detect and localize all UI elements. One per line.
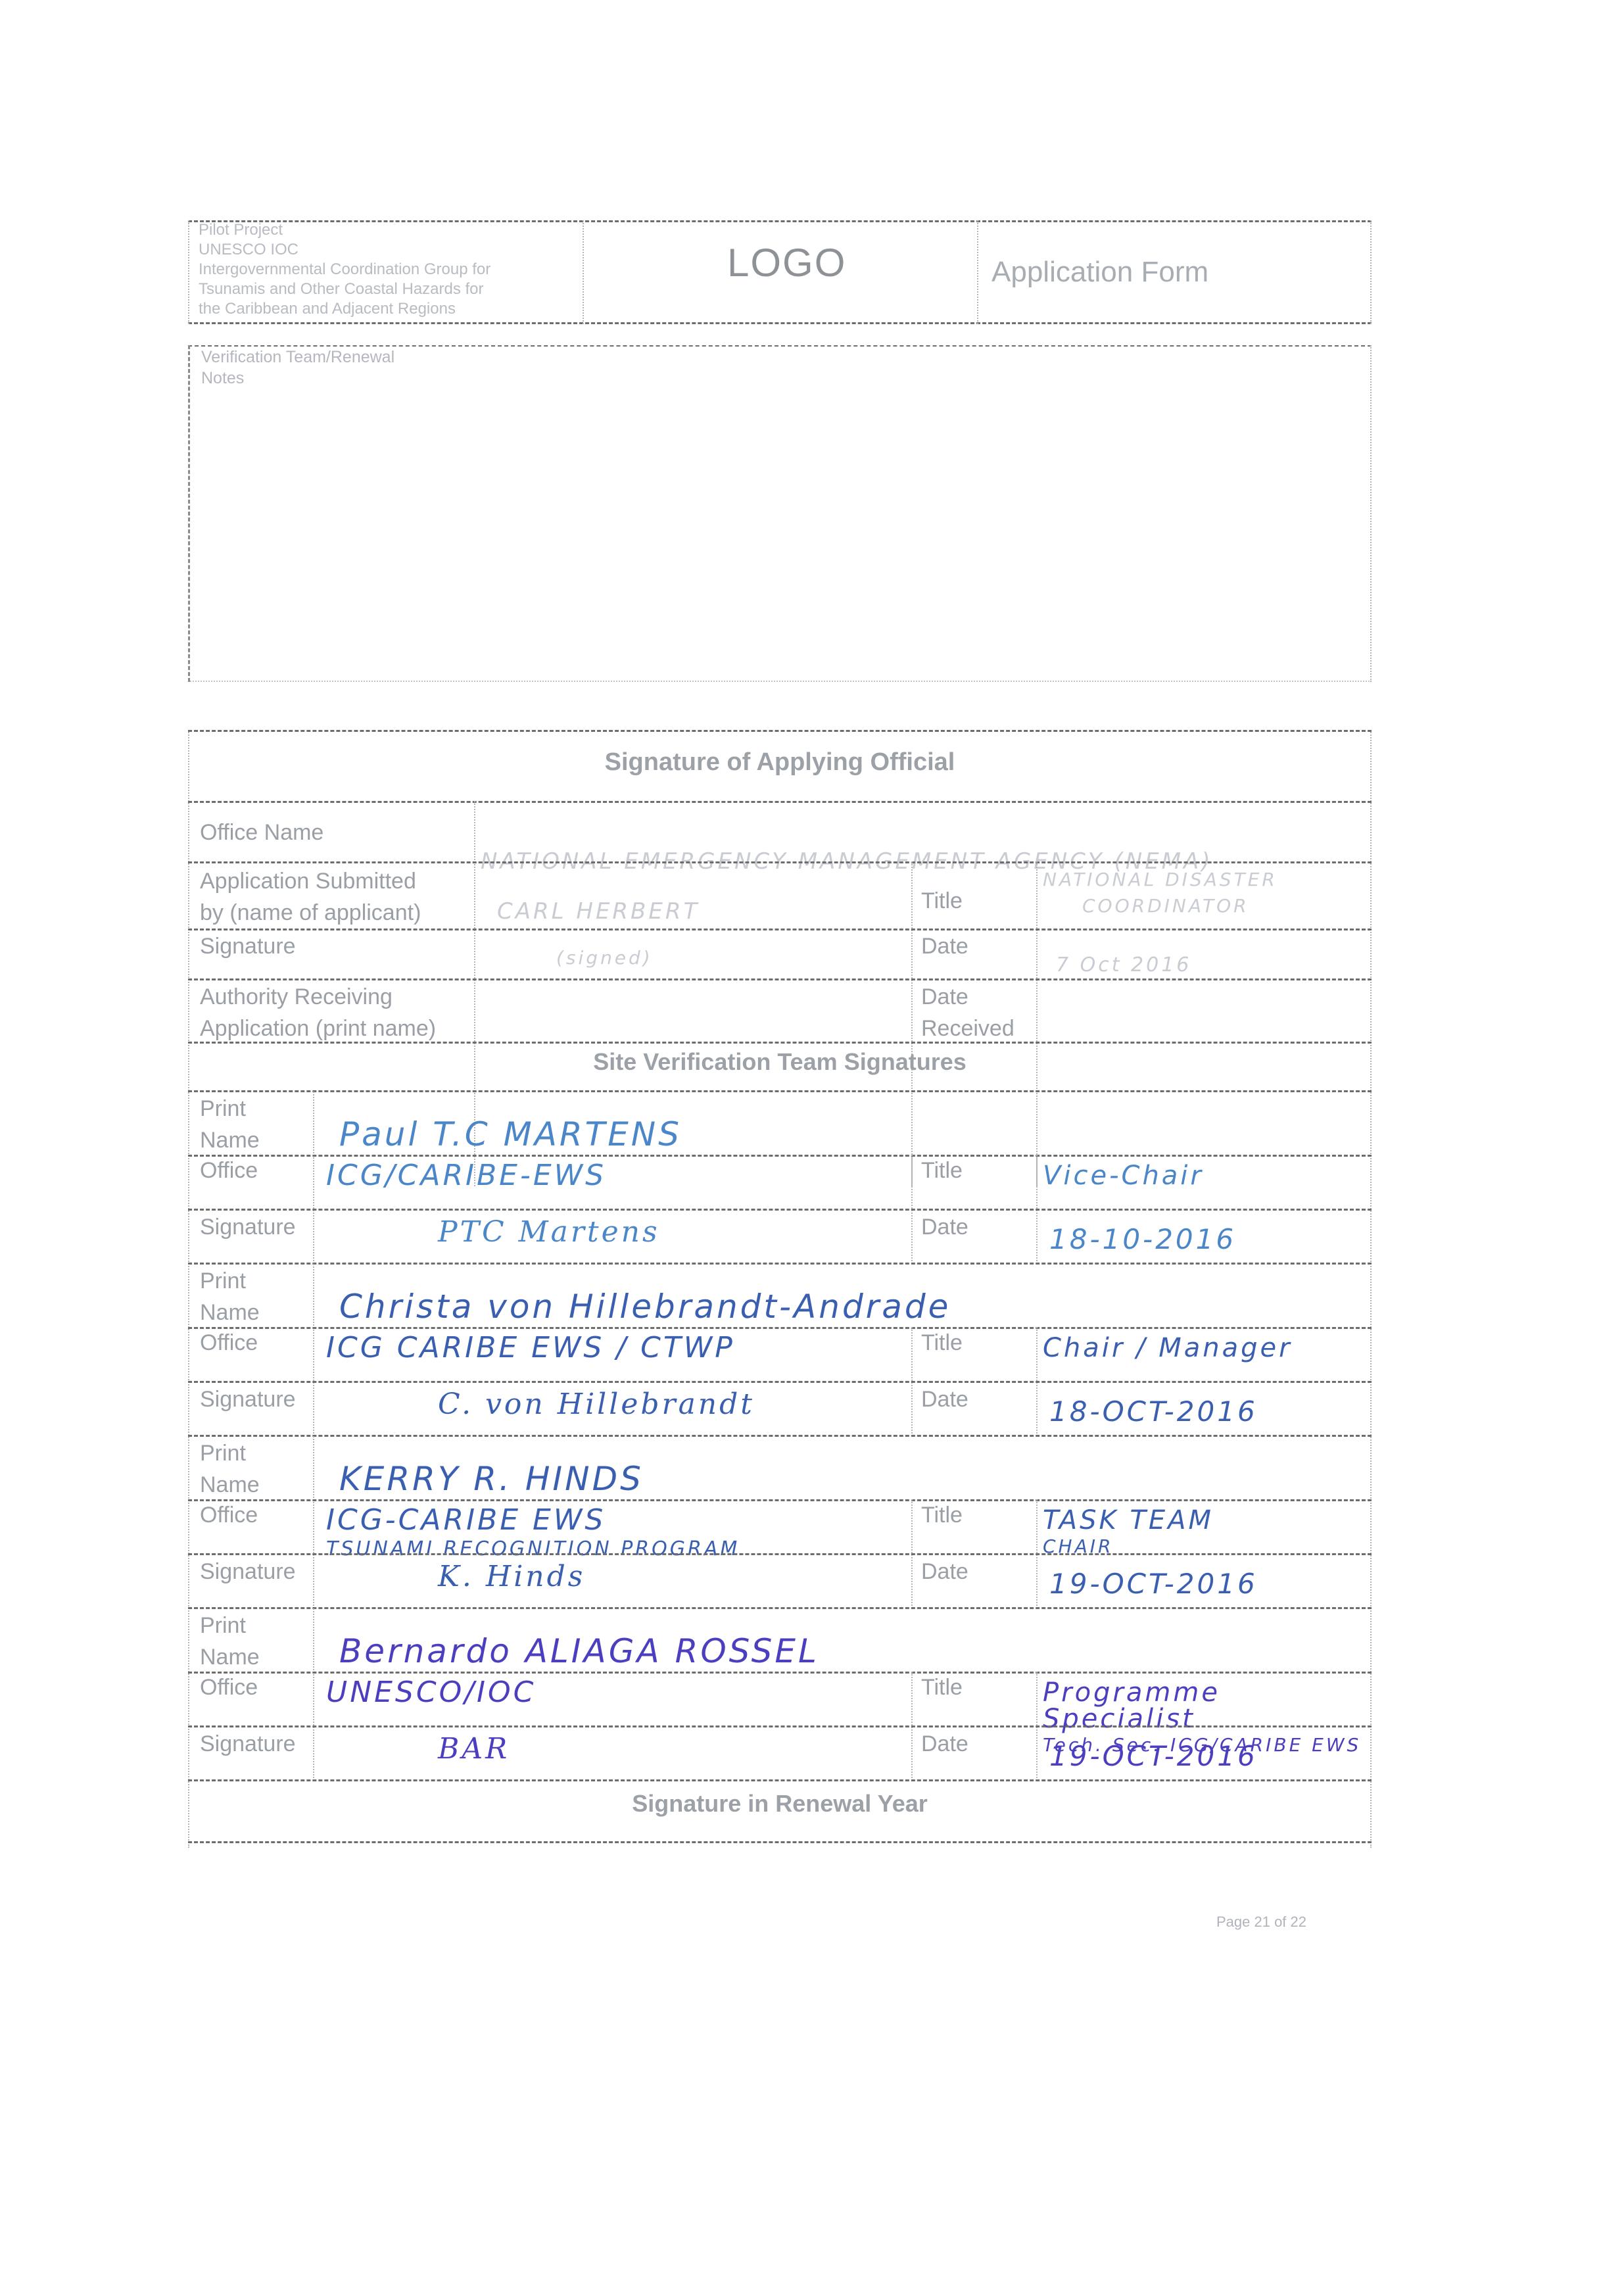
date-label: Date <box>921 1211 968 1243</box>
member-signature[interactable]: K. Hinds <box>438 1560 585 1593</box>
office-label: Office <box>200 1672 258 1703</box>
office-name-label: Office Name <box>200 817 323 848</box>
title-label: Title <box>921 1155 963 1186</box>
member-office-line: ICG-CARIBE EWS <box>326 1506 740 1535</box>
date-received-label: Date Received <box>921 981 1015 1044</box>
org-line: Pilot Project <box>199 220 586 240</box>
section-title-renewal: Signature in Renewal Year <box>188 1790 1372 1818</box>
print-label-line: Name <box>200 1641 260 1673</box>
member-title-line: TASK TEAM <box>1043 1507 1214 1533</box>
print-name-label: Print Name <box>200 1093 260 1156</box>
print-label-line: Print <box>200 1265 260 1297</box>
signature-label: Signature <box>200 1384 296 1415</box>
submitted-by-label-line: by (name of applicant) <box>200 897 421 928</box>
org-line: Intergovernmental Coordination Group for <box>199 260 586 279</box>
member-title[interactable]: Chair / Manager <box>1043 1335 1293 1361</box>
print-label-line: Print <box>200 1093 260 1124</box>
applicant-signature[interactable]: (signed) <box>556 947 653 969</box>
print-name-label: Print Name <box>200 1265 260 1328</box>
date-label: Date <box>921 930 968 962</box>
print-label-line: Name <box>200 1469 260 1501</box>
member-signature[interactable]: PTC Martens <box>438 1215 660 1249</box>
notes-label: Notes <box>201 368 1372 389</box>
applicant-title-line: COORDINATOR <box>1043 893 1278 919</box>
member-print-name[interactable]: Paul T.C MARTENS <box>339 1115 682 1153</box>
organization-block: Pilot Project UNESCO IOC Intergovernment… <box>188 220 586 324</box>
form-header: Pilot Project UNESCO IOC Intergovernment… <box>188 220 1372 324</box>
member-title-line: CHAIR <box>1043 1533 1214 1560</box>
member-office[interactable]: UNESCO/IOC <box>326 1678 536 1707</box>
notes-field[interactable] <box>201 398 1358 669</box>
office-label: Office <box>200 1499 258 1531</box>
date-label: Date <box>921 1556 968 1587</box>
page-number: Page 21 of 22 <box>1216 1914 1306 1931</box>
signature-label: Signature <box>200 1211 296 1243</box>
member-date[interactable]: 18-OCT-2016 <box>1049 1395 1258 1428</box>
member-date[interactable]: 18-10-2016 <box>1049 1223 1236 1255</box>
print-label-line: Name <box>200 1297 260 1328</box>
print-label-line: Name <box>200 1124 260 1156</box>
member-signature[interactable]: C. von Hillebrandt <box>438 1387 755 1421</box>
member-office-line: ICG/CARIBE-EWS <box>326 1161 606 1190</box>
authority-receiving-label: Authority Receiving Application (print n… <box>200 981 436 1044</box>
submitted-by-label-line: Application Submitted <box>200 865 421 897</box>
member-date[interactable]: 19-OCT-2016 <box>1049 1740 1258 1772</box>
member-office-line: UNESCO/IOC <box>326 1678 536 1707</box>
notes-label: Verification Team/Renewal <box>201 347 1372 368</box>
date-label: Date <box>921 1728 968 1760</box>
submitted-by-label: Application Submitted by (name of applic… <box>200 865 421 928</box>
logo-placeholder: LOGO <box>727 240 846 285</box>
print-label-line: Print <box>200 1437 260 1469</box>
member-title-line: Vice-Chair <box>1043 1163 1204 1189</box>
member-office[interactable]: ICG/CARIBE-EWS <box>326 1161 606 1190</box>
signature-label: Signature <box>200 930 296 962</box>
member-office[interactable]: ICG CARIBE EWS / CTWP <box>326 1334 735 1363</box>
form-title: Application Form <box>991 256 1208 289</box>
member-print-name[interactable]: Bernardo ALIAGA ROSSEL <box>339 1632 819 1670</box>
print-name-label: Print Name <box>200 1437 260 1501</box>
print-name-label: Print Name <box>200 1610 260 1673</box>
title-label: Title <box>921 885 963 917</box>
submitted-by-value[interactable]: CARL HERBERT <box>497 898 700 925</box>
member-office-line: ICG CARIBE EWS / CTWP <box>326 1334 735 1363</box>
title-label: Title <box>921 1672 963 1703</box>
member-date[interactable]: 19-OCT-2016 <box>1049 1568 1258 1600</box>
section-title-site-verification: Site Verification Team Signatures <box>188 1048 1372 1076</box>
org-line: Tsunamis and Other Coastal Hazards for <box>199 279 586 299</box>
org-line: the Caribbean and Adjacent Regions <box>199 299 586 319</box>
date-received-field[interactable] <box>1043 993 1358 1032</box>
applicant-date-value[interactable]: 7 Oct 2016 <box>1056 953 1191 977</box>
org-line: UNESCO IOC <box>199 240 586 260</box>
authority-label-line: Application (print name) <box>200 1013 436 1044</box>
authority-receiving-field[interactable] <box>484 993 898 1032</box>
office-label: Office <box>200 1327 258 1359</box>
title-label: Title <box>921 1327 963 1359</box>
authority-label-line: Authority Receiving <box>200 981 436 1013</box>
verification-notes-box: Verification Team/Renewal Notes <box>188 345 1372 682</box>
member-print-name[interactable]: Christa von Hillebrandt-Andrade <box>339 1288 951 1326</box>
print-label-line: Print <box>200 1610 260 1641</box>
title-label: Title <box>921 1499 963 1531</box>
verification-member: Print Name Paul T.C MARTENS Office ICG/C… <box>188 1092 1372 1264</box>
member-signature[interactable]: BAR <box>438 1732 510 1766</box>
member-title[interactable]: Vice-Chair <box>1043 1163 1204 1189</box>
signature-label: Signature <box>200 1556 296 1587</box>
verification-member: Print Name KERRY R. HINDS Office ICG-CAR… <box>188 1436 1372 1608</box>
date-received-label-line: Date <box>921 981 1015 1013</box>
applicant-title-value[interactable]: NATIONAL DISASTER COORDINATOR <box>1043 867 1278 919</box>
verification-member: Print Name Bernardo ALIAGA ROSSEL Office… <box>188 1608 1372 1781</box>
member-print-name[interactable]: KERRY R. HINDS <box>339 1460 644 1498</box>
date-received-label-line: Received <box>921 1013 1015 1044</box>
signature-table: Signature of Applying Official Office Na… <box>188 730 1372 1848</box>
section-title-applying-official: Signature of Applying Official <box>188 748 1372 777</box>
verification-member: Print Name Christa von Hillebrandt-Andra… <box>188 1264 1372 1436</box>
applicant-title-line: NATIONAL DISASTER <box>1043 867 1278 893</box>
member-title-line: Chair / Manager <box>1043 1335 1293 1361</box>
office-label: Office <box>200 1155 258 1186</box>
date-label: Date <box>921 1384 968 1415</box>
member-title-line: Programme Specialist <box>1043 1679 1372 1732</box>
member-title[interactable]: TASK TEAM CHAIR <box>1043 1507 1214 1560</box>
signature-label: Signature <box>200 1728 296 1760</box>
